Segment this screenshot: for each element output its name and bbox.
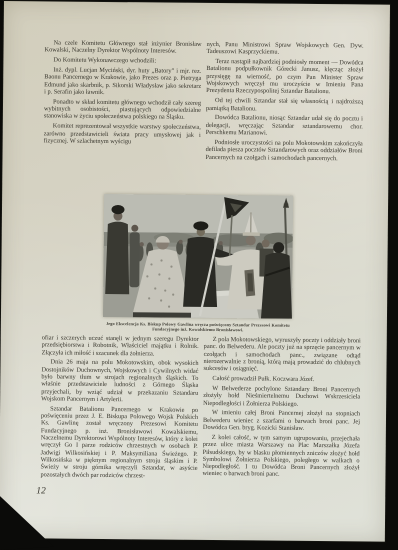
text-column-lower-left: ofiar i szczerych uczuć stanęli w jednym… (40, 334, 198, 482)
paragraph: nych, Panu Ministrowi Spraw Wojskowych G… (206, 41, 363, 57)
ceremony-photo (103, 194, 293, 319)
text-column-upper-right: nych, Panu Ministrowi Spraw Wojskowych G… (205, 41, 363, 165)
paragraph: Ponadto w skład komitetu głównego wchodz… (44, 98, 201, 121)
photo-caption-line2: Fundacyjnego inż. Kowalskiemu Bronisławo… (152, 326, 243, 332)
paragraph: Teraz nastąpił najbardziej podniosły mom… (206, 58, 363, 96)
paragraph: Dowódca Batalionu, niosąc Sztandar udał … (206, 114, 363, 137)
photo-caption: Jego Ekscelencja Ks. Biskup Polowy Gawli… (78, 320, 318, 333)
text-column-upper-left: Na czele Komitetu Głównego stał inżynier… (44, 39, 202, 148)
scanned-page: Na czele Komitetu Głównego stał inżynier… (0, 1, 390, 542)
paragraph: Całość prowadził Pułk. Koczwara Józef. (203, 375, 360, 384)
page-number: 12 (36, 486, 46, 496)
paragraph: Sztandar Batalionu Pancernego w Krakowie… (40, 405, 198, 479)
paragraph: W imieniu całej Broni Pancernej złożył n… (203, 409, 360, 432)
paragraph: Na czele Komitetu Głównego stał inżynier… (44, 39, 201, 55)
paragraph: Od tej chwili Sztandar stał się własnośc… (206, 97, 363, 113)
paragraph: Komitet reprezentował wszystkie warstwy … (44, 123, 201, 146)
paragraph: Z kolei całość, w tym samym ugrupowaniu,… (202, 434, 359, 479)
paragraph: Do Komitetu Wykonawczego wchodzili: (44, 57, 201, 66)
paragraph: Z pola Mokotowskiego, wyruszyły poczty i… (203, 336, 360, 374)
ceremony-photo-illustration (103, 194, 293, 319)
paragraph: W Belwederze pochylone Sztandary Broni P… (203, 385, 360, 408)
text-column-lower-right: Z pola Mokotowskiego, wyruszyły poczty i… (202, 336, 360, 482)
paragraph: Dnia 26 maja na polu Mokotowskim, obok w… (41, 359, 198, 404)
paragraph: Podniosłe uroczystości na polu Mokotowsk… (205, 139, 362, 162)
paragraph: Inż. dypl. Lucjan Myciński, dyr. huty „B… (44, 66, 201, 97)
paragraph: ofiar i szczerych uczuć stanęli w jednym… (42, 334, 199, 357)
